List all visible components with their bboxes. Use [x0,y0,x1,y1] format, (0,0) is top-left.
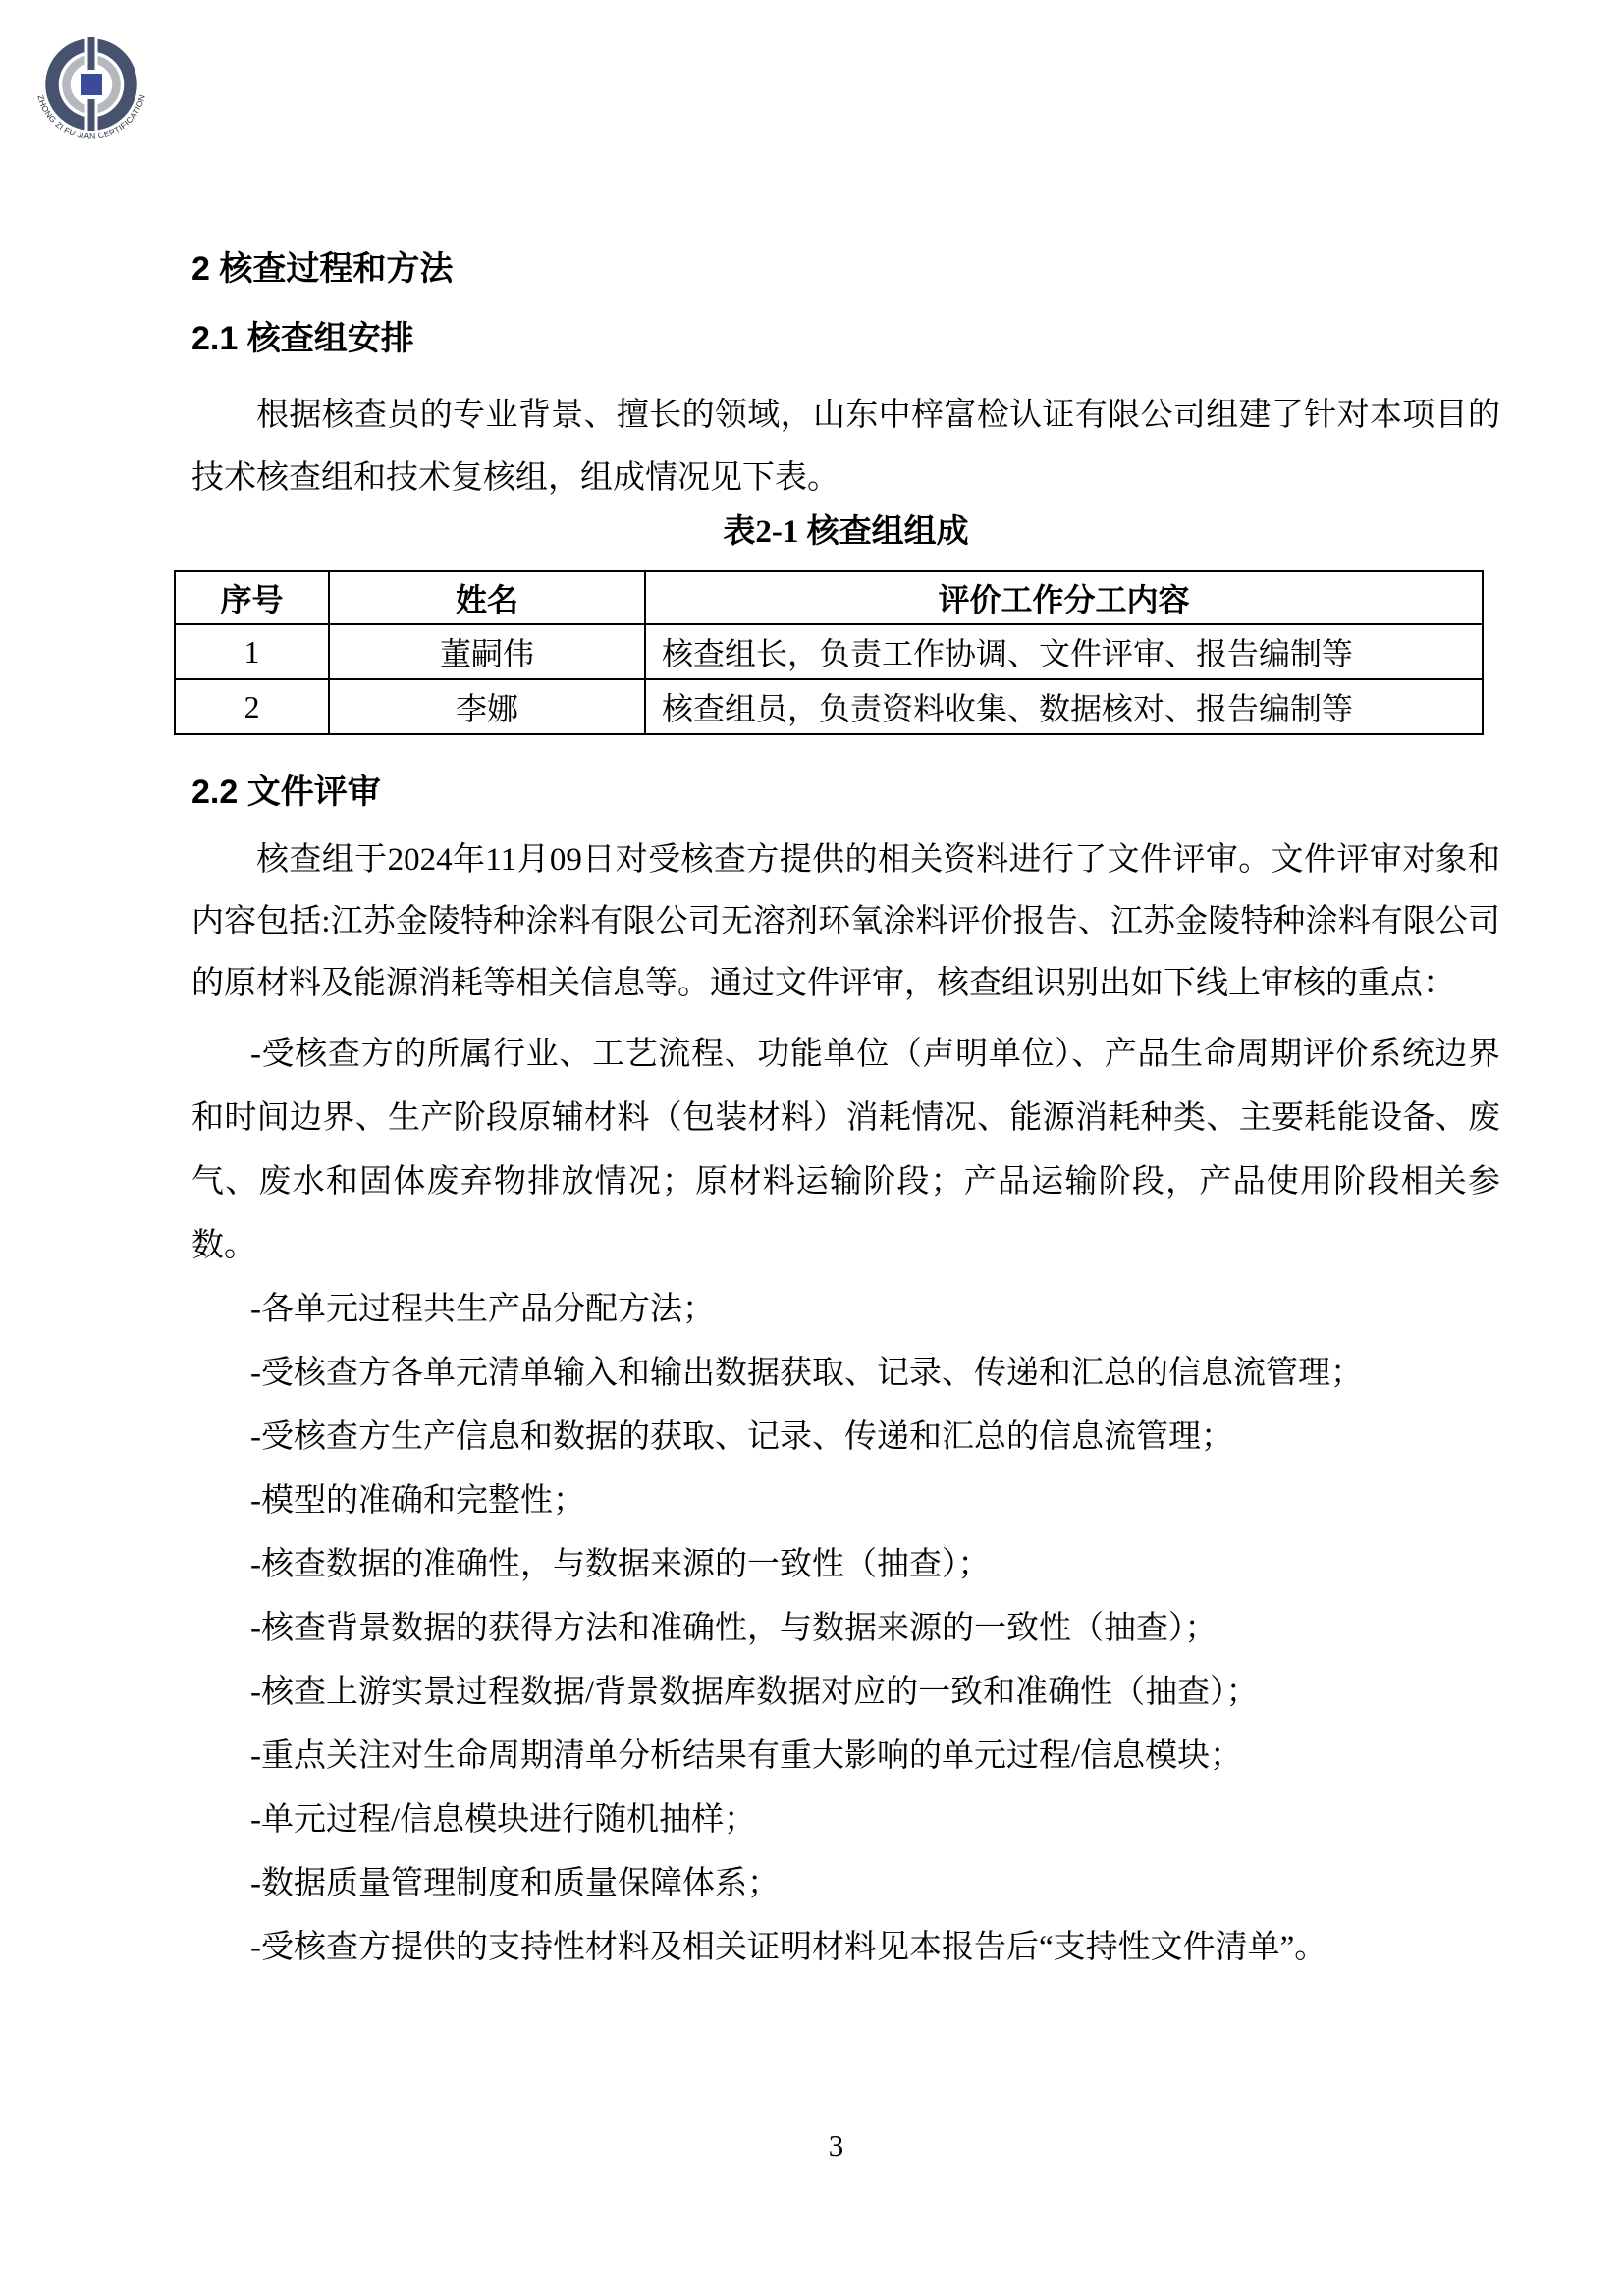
list-item: -核查数据的准确性，与数据来源的一致性（抽查）； [191,1533,1500,1597]
paragraph-doc-review: 核查组于2024年11月09日对受核查方提供的相关资料进行了文件评审。文件评审对… [191,829,1500,1015]
list-item: -数据质量管理制度和质量保障体系； [191,1852,1500,1916]
certification-logo-icon: ZHONG ZI FU JIAN CERTIFICATION [24,16,161,153]
section-heading-2: 2 核查过程和方法 [191,247,1500,291]
table-row: 2 李娜 核查组员，负责资料收集、数据核对、报告编制等 [175,679,1483,734]
cell-duty: 核查组长，负责工作协调、文件评审、报告编制等 [645,624,1483,679]
cell-name: 董嗣伟 [329,624,645,679]
page-number: 3 [182,2128,1490,2163]
list-item: -各单元过程共生产品分配方法； [191,1278,1500,1342]
list-item: -重点关注对生命周期清单分析结果有重大影响的单元过程/信息模块； [191,1725,1500,1789]
list-item: -单元过程/信息模块进行随机抽样； [191,1789,1500,1852]
table-header-index: 序号 [175,571,329,624]
table-caption: 表2-1 核查组组成 [191,509,1500,555]
review-focus-list: -受核查方的所属行业、工艺流程、功能单位（声明单位）、产品生命周期评价系统边界和… [191,1023,1500,1980]
paragraph-team-intro: 根据核查员的专业背景、擅长的领域，山东中梓富检认证有限公司组建了针对本项目的技术… [191,384,1500,509]
page-content: 2 核查过程和方法 2.1 核查组安排 根据核查员的专业背景、擅长的领域，山东中… [191,0,1500,1980]
table-row: 1 董嗣伟 核查组长，负责工作协调、文件评审、报告编制等 [175,624,1483,679]
table-header-name: 姓名 [329,571,645,624]
list-item: -模型的准确和完整性； [191,1469,1500,1533]
cell-duty: 核查组员，负责资料收集、数据核对、报告编制等 [645,679,1483,734]
table-header-row: 序号 姓名 评价工作分工内容 [175,571,1483,624]
verification-team-table: 序号 姓名 评价工作分工内容 1 董嗣伟 核查组长，负责工作协调、文件评审、报告… [174,570,1484,735]
section-heading-2-2: 2.2 文件评审 [191,771,1500,814]
list-item: -受核查方提供的支持性材料及相关证明材料见本报告后“支持性文件清单”。 [191,1916,1500,1980]
list-item: -核查背景数据的获得方法和准确性，与数据来源的一致性（抽查）； [191,1597,1500,1661]
cell-name: 李娜 [329,679,645,734]
list-item: -受核查方生产信息和数据的获取、记录、传递和汇总的信息流管理； [191,1406,1500,1469]
section-heading-2-1: 2.1 核查组安排 [191,317,1500,360]
list-item: -受核查方各单元清单输入和输出数据获取、记录、传递和汇总的信息流管理； [191,1342,1500,1406]
table-header-duty: 评价工作分工内容 [645,571,1483,624]
list-item: -受核查方的所属行业、工艺流程、功能单位（声明单位）、产品生命周期评价系统边界和… [191,1023,1500,1278]
cell-index: 1 [175,624,329,679]
certification-logo-svg: ZHONG ZI FU JIAN CERTIFICATION [24,16,161,153]
cell-index: 2 [175,679,329,734]
document-page: { "logo": { "text": "ZHONG ZI FU JIAN CE… [0,0,1624,2296]
list-item: -核查上游实景过程数据/背景数据库数据对应的一致和准确性（抽查）； [191,1661,1500,1725]
